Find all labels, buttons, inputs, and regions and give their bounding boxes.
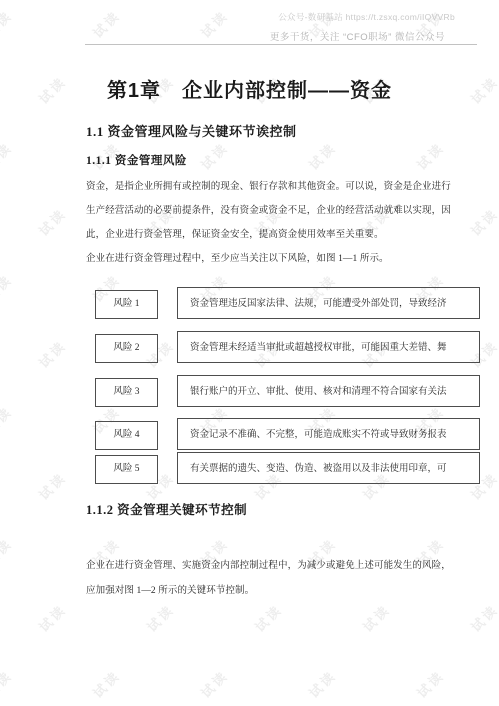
paragraph-line: 此，企业进行资金管理，保证资金安全，提高资金使用效率至关重要。 xyxy=(86,226,384,240)
subscribe-note-text: 更多干货，关注 “CFO职场” 微信公众号 xyxy=(270,29,445,43)
header-divider xyxy=(85,44,477,45)
page-content: 公众号-数研基站 https://t.zsxq.com/iIQVVRb 更多干货… xyxy=(0,0,499,706)
section-heading-1-1-1: 1.1.1 资金管理风险 xyxy=(86,152,187,168)
risk-text-box: 资金管理违反国家法律、法规，可能遭受外部处罚，导致经济 xyxy=(177,287,480,319)
section-heading-1-1-2: 1.1.2 资金管理关键环节控制 xyxy=(86,500,247,518)
paragraph-line: 企业在进行资金管理过程中，至少应当关注以下风险，如图 1—1 所示。 xyxy=(86,250,389,264)
chapter-title: 第1章 企业内部控制——资金 xyxy=(0,74,499,103)
paragraph-line: 应加强对图 1—2 所示的关键环节控制。 xyxy=(86,582,254,596)
risk-text-box: 有关票据的遗失、变造、伪造、被盗用以及非法使用印章，可 xyxy=(177,452,480,484)
paragraph-line: 生产经营活动的必要前提条件，没有资金或资金不足，企业的经营活动就难以实现，因 xyxy=(86,202,451,216)
risk-label-box: 风险 1 xyxy=(95,290,158,319)
risk-text-box: 资金记录不准确、不完整，可能造成账实不符或导致财务报表 xyxy=(177,418,480,450)
channel-note-text: 公众号-数研基站 https://t.zsxq.com/iIQVVRb xyxy=(278,11,455,23)
figure-risk-row: 风险 5 有关票据的遗失、变造、伪造、被盗用以及非法使用印章，可 xyxy=(0,452,499,486)
figure-risk-row: 风险 1 资金管理违反国家法律、法规，可能遭受外部处罚，导致经济 xyxy=(0,287,499,321)
document-page: 试读试读试读试读试读试读试读试读试读试读试读试读试读试读试读试读试读试读试读试读… xyxy=(0,0,499,706)
risk-text-box: 资金管理未经适当审批或超越授权审批，可能因重大差错、舞 xyxy=(177,331,480,363)
risk-text-box: 银行账户的开立、审批、使用、核对和清理不符合国家有关法 xyxy=(177,375,480,407)
risk-label-box: 风险 5 xyxy=(95,455,158,484)
risk-label-box: 风险 4 xyxy=(95,421,158,450)
risk-label-box: 风险 2 xyxy=(95,334,158,363)
figure-risk-row: 风险 2 资金管理未经适当审批或超越授权审批，可能因重大差错、舞 xyxy=(0,331,499,365)
figure-risk-row: 风险 4 资金记录不准确、不完整，可能造成账实不符或导致财务报表 xyxy=(0,418,499,452)
section-heading-1-1: 1.1 资金管理风险与关键环节诶控制 xyxy=(86,121,297,140)
figure-risk-row: 风险 3 银行账户的开立、审批、使用、核对和清理不符合国家有关法 xyxy=(0,375,499,409)
paragraph-line: 企业在进行资金管理、实施资金内部控制过程中，为减少或避免上述可能发生的风险， xyxy=(86,557,451,571)
risk-label-box: 风险 3 xyxy=(95,378,158,407)
paragraph-line: 资金，是指企业所拥有或控制的现金、银行存款和其他资金。可以说，资金是企业进行 xyxy=(86,178,451,192)
